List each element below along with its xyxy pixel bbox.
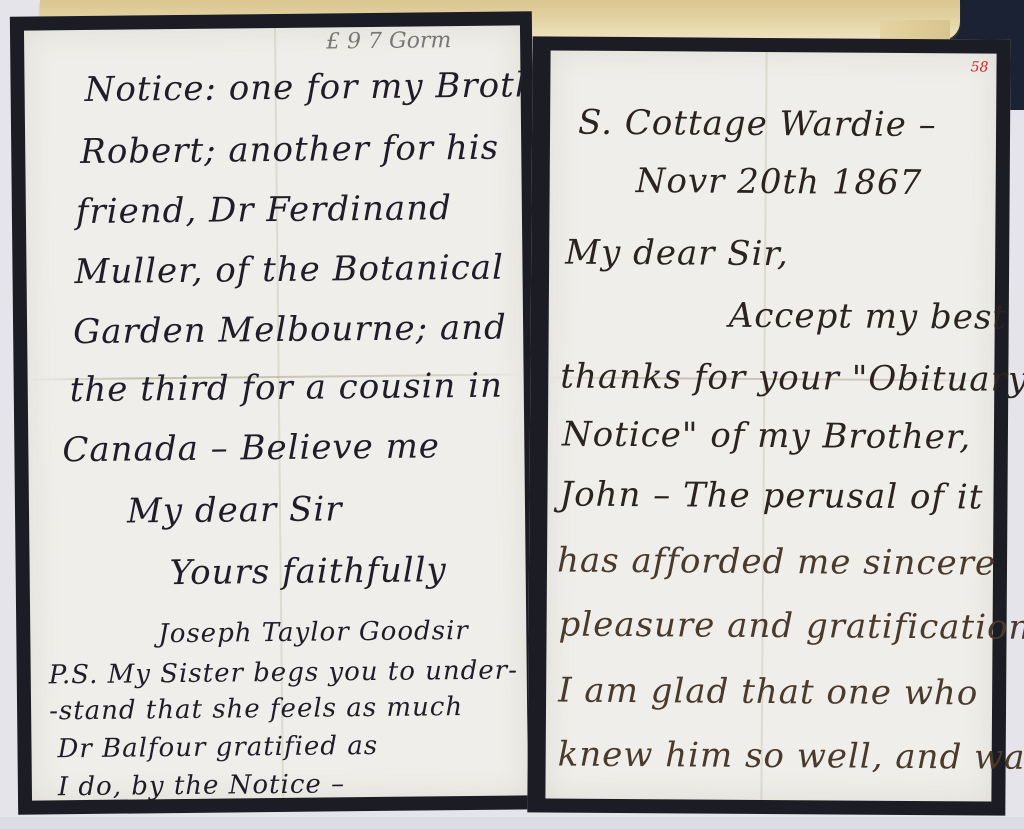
letter-line: Robert; another for his <box>80 128 499 172</box>
backdrop-table <box>0 817 1024 829</box>
letter-line: Muller, of the Botanical <box>74 248 504 292</box>
letter-line: pleasure and gratification – <box>558 605 1024 649</box>
folio-number: 58 <box>971 59 989 75</box>
letter-page-left: £ 9 7 Gorm Notice: one for my Brother Ro… <box>10 11 540 814</box>
valediction: Yours faithfully <box>169 550 446 593</box>
letter-page-right: 58 S. Cottage Wardie – Novr 20th 1867 My… <box>527 36 1010 815</box>
letter-line: has afforded me sincere <box>557 541 996 584</box>
postscript-line: P.S. My Sister begs you to under- <box>49 655 519 690</box>
letter-line: friend, Dr Ferdinand <box>76 188 452 232</box>
closing-line: My dear Sir <box>127 489 343 531</box>
signature: Joseph Taylor Goodsir <box>158 616 469 649</box>
letter-line: knew him so well, and was <box>558 735 1024 778</box>
letter-line: John – The perusal of it <box>559 475 983 518</box>
postscript-line: I do, by the Notice – <box>58 769 345 802</box>
letter-date: Novr 20th 1867 <box>636 161 923 203</box>
letter-line: the third for a cousin in <box>70 366 504 411</box>
postscript-line: -stand that she feels as much <box>49 692 463 726</box>
letter-line: Notice: one for my Brother <box>84 65 576 110</box>
salutation: My dear Sir, <box>565 233 789 275</box>
pencil-annotation: £ 9 7 Gorm <box>326 28 451 54</box>
sender-address: S. Cottage Wardie – <box>578 103 937 146</box>
postscript-line: Dr Balfour gratified as <box>57 731 378 764</box>
letter-line: Canada – Believe me <box>62 426 440 470</box>
letter-line: I am glad that one who <box>558 671 978 714</box>
letter-line: Notice" of my Brother, <box>562 415 971 458</box>
letter-line: Garden Melbourne; and <box>73 308 507 353</box>
letter-line: thanks for your "Obituary <box>560 357 1024 400</box>
letter-line: Accept my best <box>729 296 1008 338</box>
